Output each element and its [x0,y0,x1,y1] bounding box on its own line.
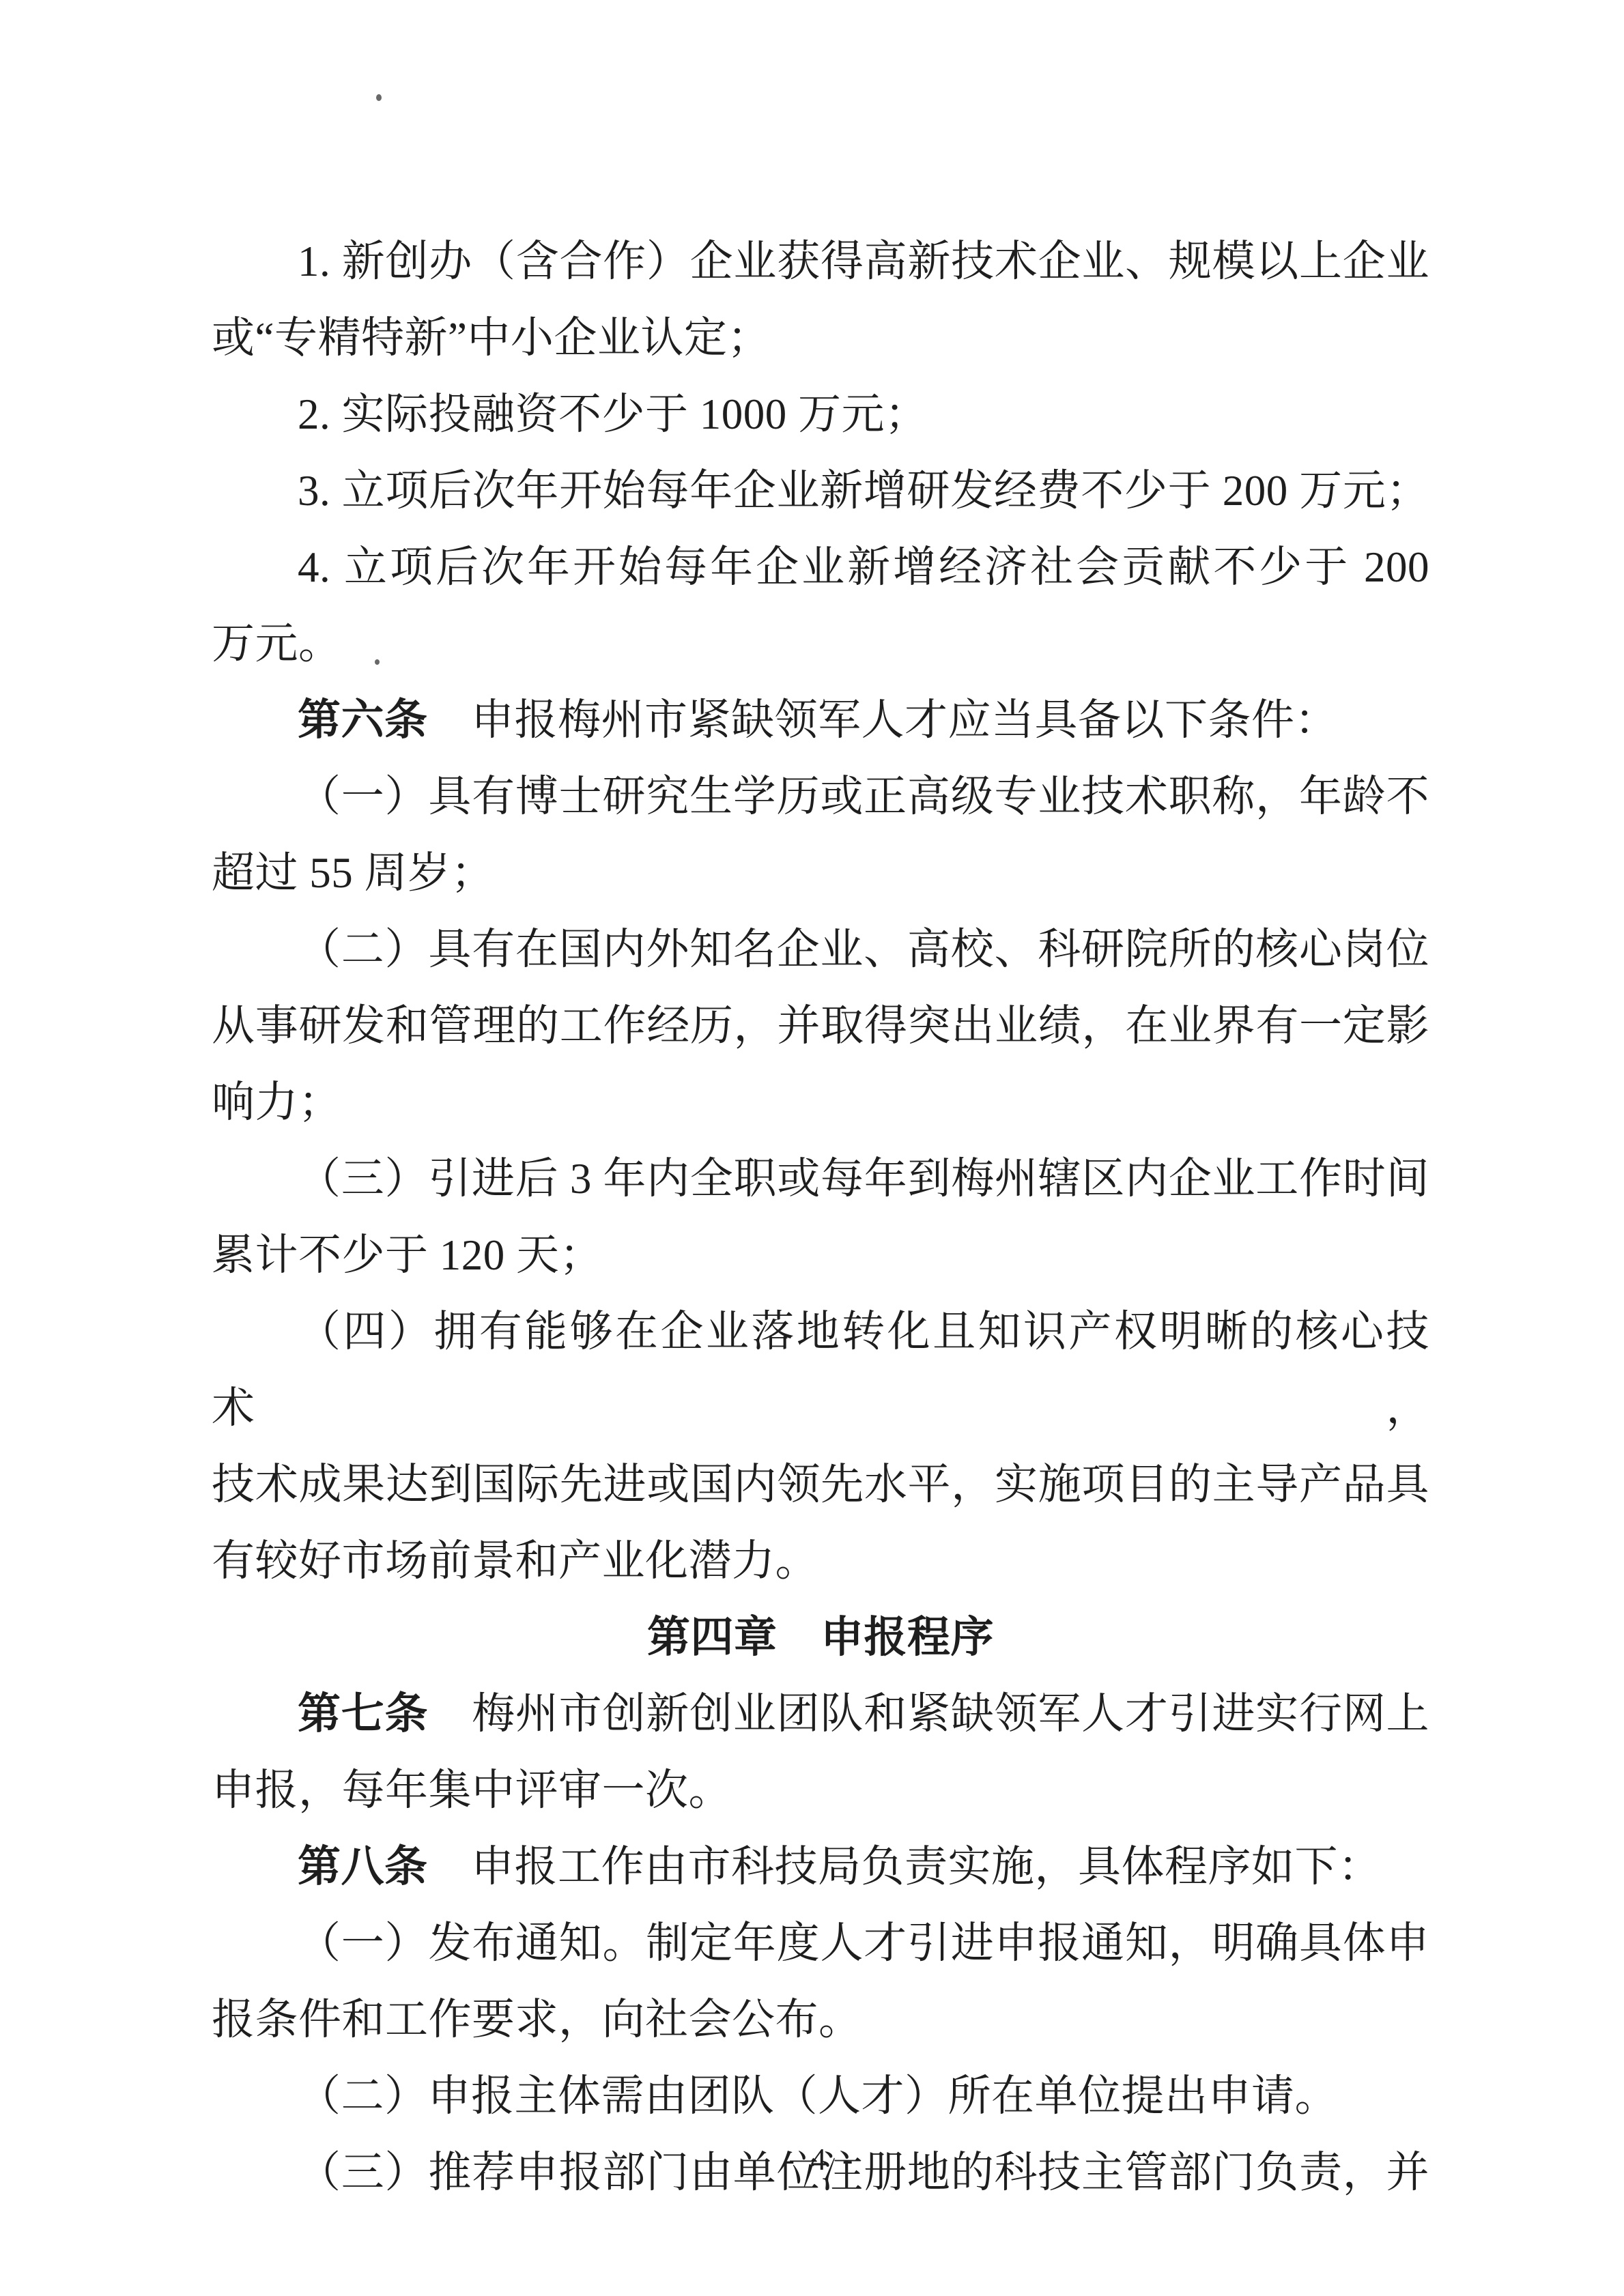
heading-run: 第四章 申报程序 [647,1613,994,1661]
scan-artifact-dot [376,94,382,101]
text-line: 第六条 申报梅州市紧缺领军人才应当具备以下条件： [212,682,1429,758]
text-line: （四）拥有能够在企业落地转化且知识产权明晰的核心技术， [212,1293,1429,1446]
text-run: 技术成果达到国际先进或国内领先水平，实施项目的主导产品具 [212,1461,1429,1508]
text-run: 梅州市创新创业团队和紧缺领军人才引进实行网上 [428,1690,1429,1738]
text-line: 报条件和工作要求，向社会公布。 [212,1981,1429,2058]
text-run: 4. 立项后次年开始每年企业新增经济社会贡献不少于 200 [298,543,1429,591]
text-line: 从事研发和管理的工作经历，并取得突出业绩，在业界有一定影 [212,988,1429,1064]
text-line: （一）发布通知。制定年度人才引进申报通知，明确具体申 [212,1905,1429,1981]
text-run: 申报梅州市紧缺领军人才应当具备以下条件： [428,696,1339,744]
text-run: 或“专精特新”中小企业认定； [212,314,771,362]
text-run: 申报工作由市科技局负责实施，具体程序如下： [428,1843,1382,1891]
text-run: 报条件和工作要求，向社会公布。 [212,1996,862,2043]
text-run: 万元。 [212,620,342,668]
text-run: 申报，每年集中评审一次。 [212,1766,732,1814]
heading-run: 第六条 [298,696,428,744]
text-run: 累计不少于 120 天； [212,1231,603,1279]
text-run: 3. 立项后次年开始每年企业新增研发经费不少于 200 万元； [298,467,1429,515]
text-run: （二）具有在国内外知名企业、高校、科研院所的核心岗位 [298,925,1429,973]
text-line: 申报，每年集中评审一次。 [212,1752,1429,1828]
text-run: 1. 新创办（含合作）企业获得高新技术企业、规模以上企业 [298,238,1429,285]
text-line: 超过 55 周岁； [212,835,1429,911]
text-run: 从事研发和管理的工作经历，并取得突出业绩，在业界有一定影 [212,1002,1429,1050]
text-line: 4. 立项后次年开始每年企业新增经济社会贡献不少于 200 [212,529,1429,605]
text-line: 3. 立项后次年开始每年企业新增研发经费不少于 200 万元； [212,453,1429,529]
text-line: 2. 实际投融资不少于 1000 万元； [212,376,1429,453]
text-line: 累计不少于 120 天； [212,1217,1429,1293]
text-line: 第七条 梅州市创新创业团队和紧缺领军人才引进实行网上 [212,1676,1429,1752]
text-run: 响力； [212,1078,342,1126]
text-line: 有较好市场前景和产业化潜力。 [212,1523,1429,1599]
text-line: 1. 新创办（含合作）企业获得高新技术企业、规模以上企业 [212,223,1429,300]
text-line: （二）申报主体需由团队（人才）所在单位提出申请。 [212,2058,1429,2134]
text-run: （三）引进后 3 年内全职或每年到梅州辖区内企业工作时间 [298,1155,1429,1203]
text-run: （四）拥有能够在企业落地转化且知识产权明晰的核心技术， [212,1308,1429,1432]
text-line: （一）具有博士研究生学历或正高级专业技术职称，年龄不 [212,758,1429,835]
document-page: 1. 新创办（含合作）企业获得高新技术企业、规模以上企业或“专精特新”中小企业认… [0,0,1624,2296]
text-line: 第四章 申报程序 [212,1599,1429,1676]
text-run: （一）发布通知。制定年度人才引进申报通知，明确具体申 [298,1919,1429,1967]
text-line: （三）引进后 3 年内全职或每年到梅州辖区内企业工作时间 [212,1140,1429,1217]
text-line: 或“专精特新”中小企业认定； [212,300,1429,376]
text-run: （二）申报主体需由团队（人才）所在单位提出申请。 [298,2072,1338,2120]
text-run: 有较好市场前景和产业化潜力。 [212,1537,818,1585]
text-run: （一）具有博士研究生学历或正高级专业技术职称，年龄不 [298,773,1429,820]
text-line: 万元。 [212,605,1429,682]
text-line: 第八条 申报工作由市科技局负责实施，具体程序如下： [212,1828,1429,1905]
heading-run: 第八条 [298,1843,428,1891]
text-line: 技术成果达到国际先进或国内领先水平，实施项目的主导产品具 [212,1446,1429,1523]
text-run: 超过 55 周岁； [212,849,494,897]
text-line: （二）具有在国内外知名企业、高校、科研院所的核心岗位 [212,911,1429,988]
heading-run: 第七条 [298,1690,428,1738]
text-line: 响力； [212,1064,1429,1140]
text-run: 2. 实际投融资不少于 1000 万元； [298,390,928,438]
document-body: 1. 新创办（含合作）企业获得高新技术企业、规模以上企业或“专精特新”中小企业认… [212,223,1429,2211]
page-number: - 4 - [212,2135,1429,2184]
